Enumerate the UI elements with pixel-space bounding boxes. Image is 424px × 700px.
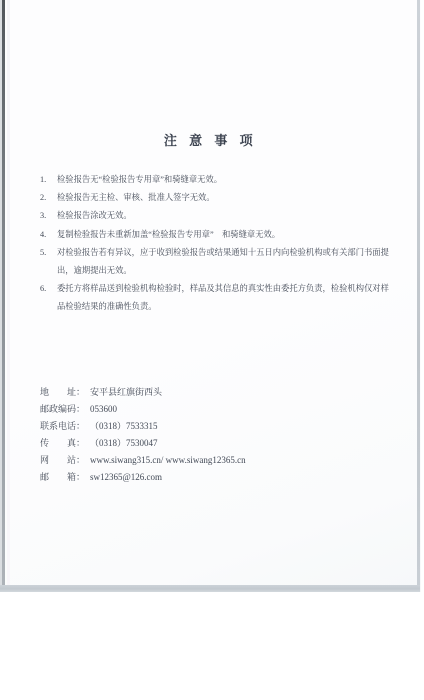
notice-item-number: 1. bbox=[40, 171, 57, 189]
page-bottom-edge-shadow bbox=[0, 585, 420, 592]
contact-label: 地 址： bbox=[40, 384, 85, 401]
notice-item-text: 检验报告无“检验报告专用章”和骑缝章无效。 bbox=[57, 171, 391, 189]
notice-list: 1. 检验报告无“检验报告专用章”和骑缝章无效。 2. 检验报告无主检、审核、批… bbox=[40, 171, 392, 317]
notice-item: 6. 委托方将样品送到检验机构检验时，样品及其信息的真实性由委托方负责，检验机构… bbox=[40, 280, 392, 316]
page-right-edge-shadow bbox=[417, 0, 420, 586]
contact-value: 安平县红旗街西头 bbox=[90, 384, 162, 401]
contact-label: 联系电话： bbox=[40, 418, 85, 435]
notice-item-number: 6. bbox=[40, 280, 57, 298]
contact-row-fax: 传 真： （0318）7530047 bbox=[40, 435, 246, 452]
contact-row-postcode: 邮政编码： 053600 bbox=[40, 401, 246, 418]
paper-sheet: 注 意 事 项 1. 检验报告无“检验报告专用章”和骑缝章无效。 2. 检验报告… bbox=[0, 0, 421, 592]
notice-item: 3. 检验报告涂改无效。 bbox=[40, 207, 392, 225]
contact-value: （0318）7533315 bbox=[90, 418, 158, 435]
contact-value: （0318）7530047 bbox=[90, 435, 158, 452]
contact-value: sw12365@126.com bbox=[90, 469, 162, 486]
notice-item-number: 2. bbox=[40, 189, 57, 207]
notice-item-text: 对检验报告若有异议，应于收到检验报告或结果通知十五日内向检验机构或有关部门书面提… bbox=[57, 244, 391, 280]
page-title: 注 意 事 项 bbox=[0, 130, 421, 149]
contact-block: 地 址： 安平县红旗街西头 邮政编码： 053600 联系电话： （0318）7… bbox=[40, 384, 246, 486]
contact-value: 053600 bbox=[90, 401, 117, 418]
page-left-edge-shadow bbox=[2, 0, 5, 586]
notice-item-number: 3. bbox=[40, 207, 57, 225]
contact-label: 传 真： bbox=[40, 435, 85, 452]
contact-row-phone: 联系电话： （0318）7533315 bbox=[40, 418, 246, 435]
notice-item: 5. 对检验报告若有异议，应于收到检验报告或结果通知十五日内向检验机构或有关部门… bbox=[40, 244, 392, 280]
contact-label: 网 站： bbox=[40, 452, 85, 469]
notice-item-number: 4. bbox=[40, 226, 57, 244]
scanned-document-background: 注 意 事 项 1. 检验报告无“检验报告专用章”和骑缝章无效。 2. 检验报告… bbox=[0, 0, 424, 700]
notice-item-number: 5. bbox=[40, 244, 57, 262]
contact-label: 邮政编码： bbox=[40, 401, 85, 418]
notice-item-text: 复制检验报告未重新加盖“检验报告专用章” 和骑缝章无效。 bbox=[57, 226, 391, 244]
notice-item: 4. 复制检验报告未重新加盖“检验报告专用章” 和骑缝章无效。 bbox=[40, 226, 392, 244]
notice-item-text: 委托方将样品送到检验机构检验时，样品及其信息的真实性由委托方负责，检验机构仅对样… bbox=[57, 280, 391, 316]
notice-item: 2. 检验报告无主检、审核、批准人签字无效。 bbox=[40, 189, 392, 207]
notice-item-text: 检验报告无主检、审核、批准人签字无效。 bbox=[57, 189, 391, 207]
contact-row-address: 地 址： 安平县红旗街西头 bbox=[40, 384, 246, 401]
contact-row-email: 邮 箱： sw12365@126.com bbox=[40, 469, 246, 486]
notice-item: 1. 检验报告无“检验报告专用章”和骑缝章无效。 bbox=[40, 171, 392, 189]
page-left-scan-streak bbox=[7, 0, 10, 586]
contact-label: 邮 箱： bbox=[40, 469, 85, 486]
contact-row-website: 网 站： www.siwang315.cn/ www.siwang12365.c… bbox=[40, 452, 246, 469]
contact-value: www.siwang315.cn/ www.siwang12365.cn bbox=[90, 452, 246, 469]
notice-item-text: 检验报告涂改无效。 bbox=[57, 207, 391, 225]
